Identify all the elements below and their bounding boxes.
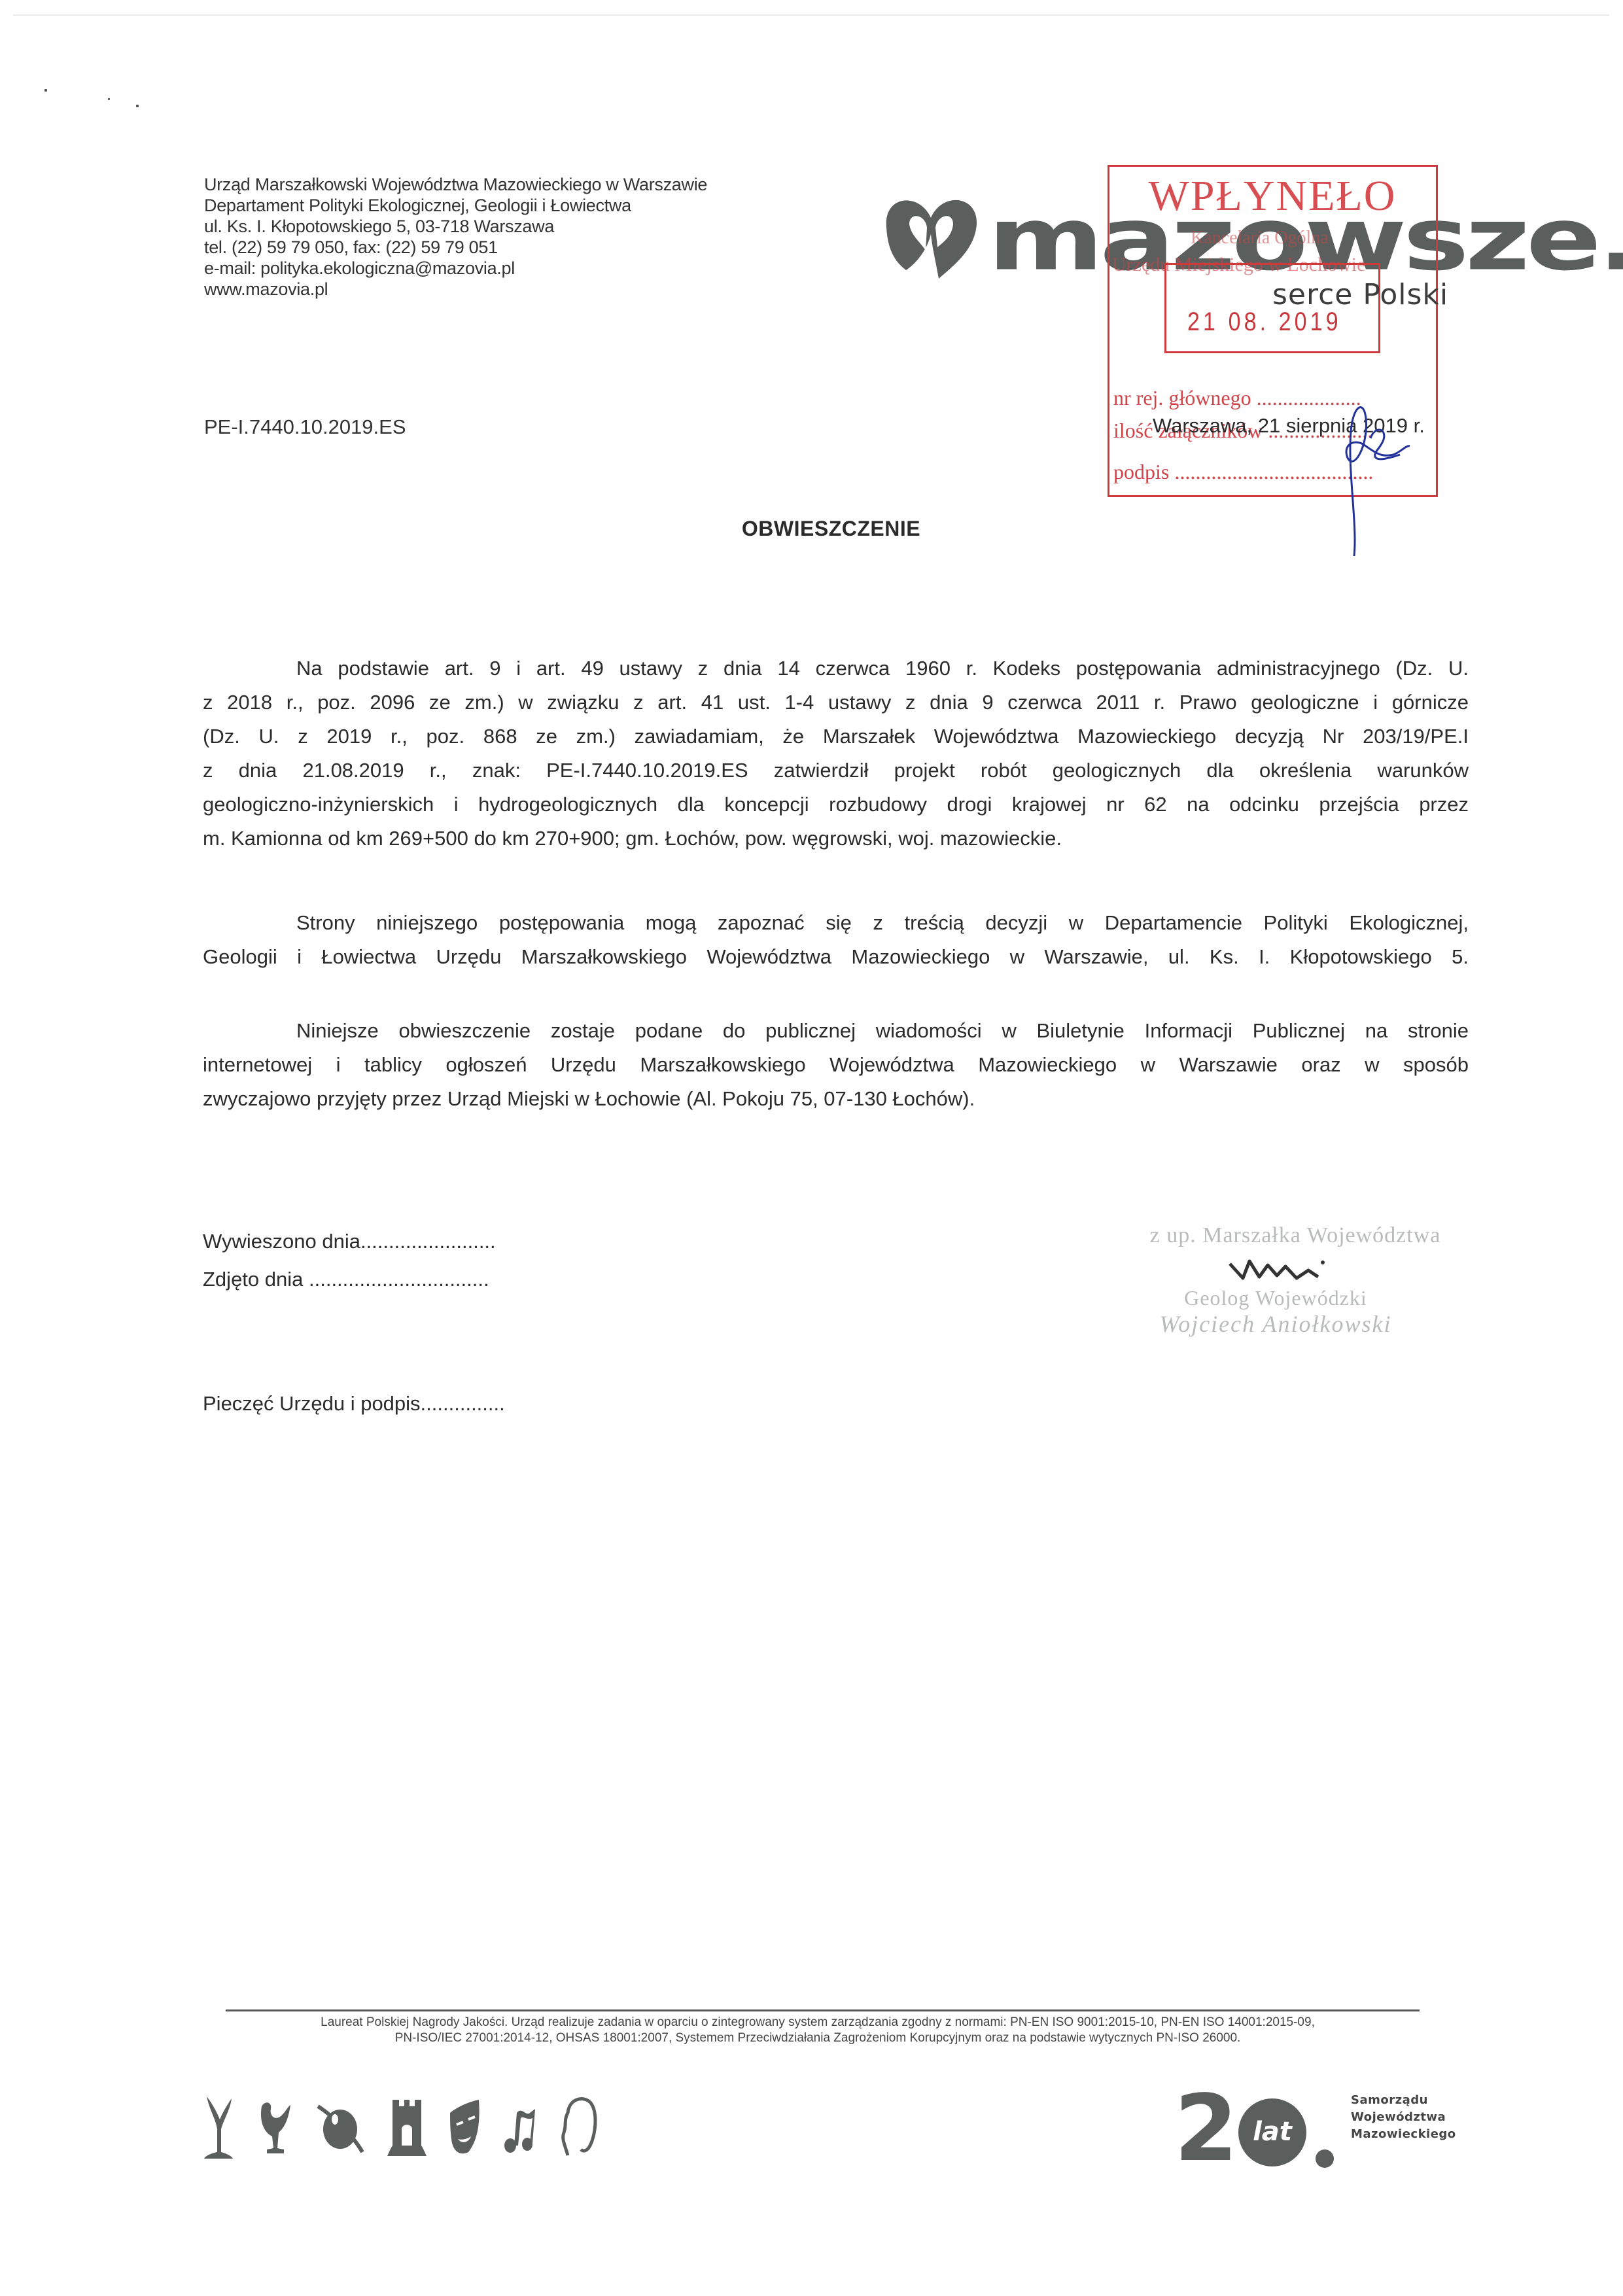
sign-off-position: Geolog Wojewódzki (1047, 1286, 1505, 1310)
sender-department: Departament Polityki Ekologicznej, Geolo… (204, 195, 707, 216)
paragraph-line: z dnia 21.08.2019 r., znak: PE-I.7440.10… (203, 754, 1469, 788)
paragraph-line: Geologii i Łowiectwa Urzędu Marszałkowsk… (203, 940, 1469, 974)
paragraph-line: internetowej i tablicy ogłoszeń Urzędu M… (203, 1048, 1469, 1082)
scan-speck (44, 89, 47, 92)
body-paragraph-1: Na podstawie art. 9 i art. 49 ustawy z d… (203, 652, 1469, 856)
reference-number: PE-I.7440.10.2019.ES (204, 415, 406, 439)
sender-institution: Urząd Marszałkowski Województwa Mazowiec… (204, 174, 707, 195)
body-paragraph-3: Niniejsze obwieszczenie zostaje podane d… (203, 1014, 1469, 1116)
sign-off-stamp: z up. Marszałka Województwa Geolog Wojew… (1047, 1217, 1505, 1338)
stamp-office-line-1: Kancelaria Ogólna (1191, 228, 1329, 249)
planet-icon (315, 2093, 365, 2165)
stamp-date: 21 08. 2019 (1187, 307, 1342, 337)
paragraph-line: (Dz. U. z 2019 r., poz. 868 ze zm.) zawi… (203, 720, 1469, 754)
tulip-icon (203, 2093, 234, 2165)
footer-icon-row (203, 2087, 598, 2172)
svg-text:2: 2 (1174, 2087, 1238, 2172)
paragraph-line: m. Kamionna od km 269+500 do km 270+900;… (203, 822, 1469, 856)
footer-certifications: Laureat Polskiej Nagrody Jakości. Urząd … (196, 2015, 1439, 2046)
sender-street: ul. Ks. I. Kłopotowskiego 5, 03-718 Wars… (204, 216, 707, 237)
scan-speck (108, 98, 110, 100)
posted-on-field: Wywieszono dnia........................ (203, 1230, 496, 1253)
sign-off-signature (1047, 1252, 1505, 1286)
removed-on-field: Zdjęto dnia ............................… (203, 1268, 489, 1291)
heart-m-icon (880, 188, 985, 287)
stamp-title: WPŁYNEŁO (1132, 171, 1413, 221)
face-profile-icon (561, 2093, 598, 2165)
music-note-icon (502, 2093, 539, 2165)
seal-signature-field: Pieczęć Urzędu i podpis............... (203, 1392, 505, 1416)
scan-speck (136, 105, 139, 107)
paragraph-line: geologiczno-inżynierskich i hydrogeologi… (203, 788, 1469, 822)
footer-divider (226, 2009, 1420, 2011)
anniversary-caption: Samorządu Województwa Mazowieckiego (1351, 2092, 1456, 2143)
paragraph-line: Na podstawie art. 9 i art. 49 ustawy z d… (203, 652, 1469, 686)
svg-text:lat: lat (1253, 2117, 1293, 2147)
paragraph-line: Strony niniejszego postępowania mogą zap… (203, 906, 1469, 940)
anniversary-line-1: Samorządu (1351, 2092, 1456, 2109)
theatre-mask-icon (449, 2093, 480, 2165)
stamp-registry-label: nr rej. głównego .................... (1113, 386, 1361, 410)
document-title: OBWIESZCZENIE (0, 517, 1623, 541)
sender-address: Urząd Marszałkowski Województwa Mazowiec… (204, 174, 707, 300)
signature-scribble-icon (1223, 1252, 1328, 1286)
anniversary-line-3: Mazowieckiego (1351, 2126, 1456, 2143)
anniversary-line-2: Województwa (1351, 2109, 1456, 2126)
sender-email: e-mail: polityka.ekologiczna@mazovia.pl (204, 258, 707, 279)
scan-edge (13, 14, 1609, 16)
paragraph-line: zwyczajowo przyjęty przez Urząd Miejski … (203, 1082, 1469, 1116)
footer-line-2: PN-ISO/IEC 27001:2014-12, OHSAS 18001:20… (196, 2030, 1439, 2046)
sign-off-authority: z up. Marszałka Województwa (1047, 1223, 1505, 1248)
logo-tagline: serce Polski (1272, 278, 1448, 311)
sign-off-name: Wojciech Aniołkowski (1047, 1310, 1505, 1338)
paragraph-line: Niniejsze obwieszczenie zostaje podane d… (203, 1014, 1469, 1048)
footer-line-1: Laureat Polskiej Nagrody Jakości. Urząd … (196, 2015, 1439, 2030)
castle-tower-icon (387, 2093, 427, 2165)
body-paragraph-2: Strony niniejszego postępowania mogą zap… (203, 906, 1469, 974)
sender-phone: tel. (22) 59 79 050, fax: (22) 59 79 051 (204, 237, 707, 258)
sender-website: www.mazovia.pl (204, 279, 707, 300)
paragraph-line: z 2018 r., poz. 2096 ze zm.) w związku z… (203, 686, 1469, 720)
bird-icon (256, 2093, 293, 2165)
